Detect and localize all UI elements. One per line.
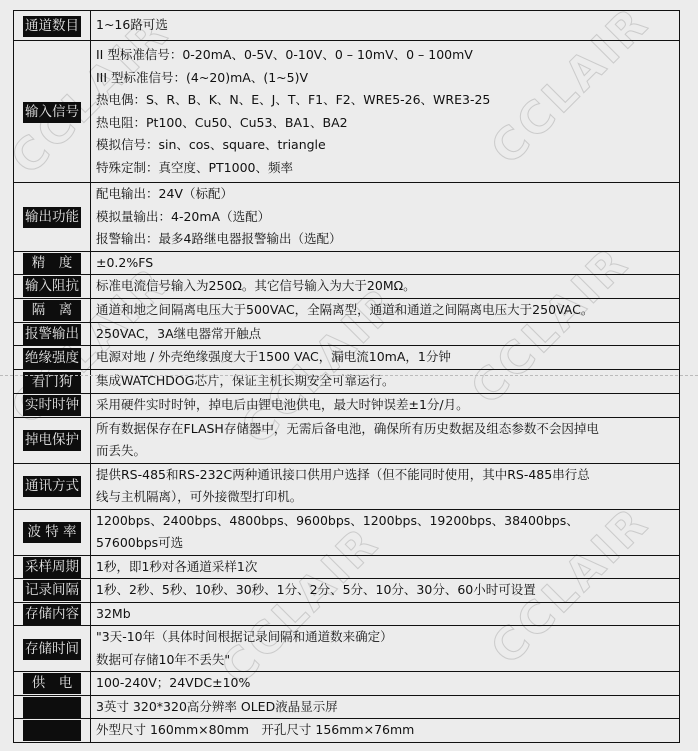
spec-label-cell: 存储时间 — [14, 626, 91, 672]
spec-label-cell: 精 度 — [14, 251, 91, 275]
spec-value-line: 模拟信号：sin、cos、square、triangle — [96, 134, 679, 157]
spec-value-line: 1秒，即1秒对各通道采样1次 — [96, 556, 679, 579]
spec-value-line: 特殊定制：真空度、PT1000、频率 — [96, 157, 679, 180]
spec-value-line: 而丢失。 — [96, 440, 679, 463]
spec-row: 采样周期1秒，即1秒对各通道采样1次 — [14, 555, 680, 579]
spec-value-cell: 配电输出：24V（标配）模拟量输出：4-20mA（选配）报警输出：最多4路继电器… — [91, 183, 680, 252]
spec-value-line: 标准电流信号输入为250Ω。其它信号输入为大于20MΩ。 — [96, 275, 679, 298]
spec-value-line: 配电输出：24V（标配） — [96, 183, 679, 206]
spec-value-cell: 1200bps、2400bps、4800bps、9600bps、1200bps、… — [91, 509, 680, 555]
spec-value-cell: 1~16路可选 — [91, 11, 680, 41]
spec-row: 3英寸 320*320高分辨率 OLED液晶显示屏 — [14, 695, 680, 719]
spec-value-cell: 提供RS-485和RS-232C两种通讯接口供用户选择（但不能同时使用，其中RS… — [91, 463, 680, 509]
spec-value-cell: 100-240V；24VDC±10% — [91, 672, 680, 696]
spec-value-line: 集成WATCHDOG芯片，保证主机长期安全可靠运行。 — [96, 370, 679, 393]
spec-row: 波 特 率1200bps、2400bps、4800bps、9600bps、120… — [14, 509, 680, 555]
spec-value-cell: 250VAC，3A继电器常开触点 — [91, 322, 680, 346]
spec-label-cell: 存储内容 — [14, 602, 91, 626]
spec-value-cell: 标准电流信号输入为250Ω。其它信号输入为大于20MΩ。 — [91, 275, 680, 299]
spec-row: 隔 离通道和地之间隔离电压大于500VAC，全隔离型，通道和通道之间隔离电压大于… — [14, 298, 680, 322]
spec-value-line: 电源对地 / 外壳绝缘强度大于1500 VAC，漏电流10mA，1分钟 — [96, 346, 679, 369]
spec-value-cell: "3天-10年（具体时间根据记录间隔和通道数来确定）数据可存储10年不丢失" — [91, 626, 680, 672]
spec-row: 精 度±0.2%FS — [14, 251, 680, 275]
spec-value-cell: 1秒、2秒、5秒、10秒、30秒、1分、2分、5分、10分、30分、60小时可设… — [91, 579, 680, 603]
spec-table-body: 通道数目1~16路可选输入信号II 型标准信号：0-20mA、0-5V、0-10… — [14, 11, 680, 743]
spec-label — [23, 697, 81, 718]
spec-label: 记录间隔 — [23, 580, 81, 601]
spec-value-line: 32Mb — [96, 603, 679, 626]
spec-value-cell: II 型标准信号：0-20mA、0-5V、0-10V、0 – 10mV、0 – … — [91, 41, 680, 183]
spec-value-line: III 型标准信号：(4~20)mA、(1~5)V — [96, 67, 679, 90]
spec-value-cell: 采用硬件实时时钟，掉电后由锂电池供电，最大时钟误差±1分/月。 — [91, 394, 680, 418]
spec-label: 输出功能 — [23, 207, 81, 228]
spec-label: 精 度 — [23, 253, 81, 274]
spec-value-cell: 32Mb — [91, 602, 680, 626]
spec-label: 隔 离 — [23, 300, 81, 321]
spec-value-line: 外型尺寸 160mm×80mm 开孔尺寸 156mm×76mm — [96, 719, 679, 742]
spec-label-cell: 通讯方式 — [14, 463, 91, 509]
spec-table: 通道数目1~16路可选输入信号II 型标准信号：0-20mA、0-5V、0-10… — [13, 10, 680, 743]
spec-value-line: 1秒、2秒、5秒、10秒、30秒、1分、2分、5分、10分、30分、60小时可设… — [96, 579, 679, 602]
spec-value-cell: 外型尺寸 160mm×80mm 开孔尺寸 156mm×76mm — [91, 719, 680, 743]
spec-label-cell: 输入信号 — [14, 41, 91, 183]
spec-value-line: 通道和地之间隔离电压大于500VAC，全隔离型，通道和通道之间隔离电压大于250… — [96, 299, 679, 322]
spec-label: 输入阻抗 — [23, 276, 81, 297]
spec-label-cell: 通道数目 — [14, 11, 91, 41]
spec-label-cell: 采样周期 — [14, 555, 91, 579]
spec-value-line: 采用硬件实时时钟，掉电后由锂电池供电，最大时钟误差±1分/月。 — [96, 394, 679, 417]
spec-value-cell: 电源对地 / 外壳绝缘强度大于1500 VAC，漏电流10mA，1分钟 — [91, 346, 680, 370]
spec-value-cell: 3英寸 320*320高分辨率 OLED液晶显示屏 — [91, 695, 680, 719]
spec-label-cell: 输入阻抗 — [14, 275, 91, 299]
spec-value-line: 数据可存储10年不丢失" — [96, 649, 679, 672]
spec-value-line: II 型标准信号：0-20mA、0-5V、0-10V、0 – 10mV、0 – … — [96, 44, 679, 67]
spec-value-line: 报警输出：最多4路继电器报警输出（选配） — [96, 228, 679, 251]
spec-label-cell: 报警输出 — [14, 322, 91, 346]
spec-row: 掉电保护所有数据保存在FLASH存储器中，无需后备电池，确保所有历史数据及组态参… — [14, 417, 680, 463]
spec-row: 存储时间"3天-10年（具体时间根据记录间隔和通道数来确定）数据可存储10年不丢… — [14, 626, 680, 672]
spec-value-line: 1200bps、2400bps、4800bps、9600bps、1200bps、… — [96, 510, 679, 533]
spec-label: 存储时间 — [23, 639, 81, 660]
spec-row: 通讯方式提供RS-485和RS-232C两种通讯接口供用户选择（但不能同时使用，… — [14, 463, 680, 509]
spec-row: 看门狗集成WATCHDOG芯片，保证主机长期安全可靠运行。 — [14, 370, 680, 394]
spec-label-cell — [14, 695, 91, 719]
spec-label-cell: 供 电 — [14, 672, 91, 696]
spec-value-line: 热电偶：S、R、B、K、N、E、J、T、F1、F2、WRE5-26、WRE3-2… — [96, 89, 679, 112]
spec-label-cell: 掉电保护 — [14, 417, 91, 463]
spec-value-line: ±0.2%FS — [96, 252, 679, 275]
spec-row: 绝缘强度电源对地 / 外壳绝缘强度大于1500 VAC，漏电流10mA，1分钟 — [14, 346, 680, 370]
spec-label: 存储内容 — [23, 604, 81, 625]
spec-row: 外型尺寸 160mm×80mm 开孔尺寸 156mm×76mm — [14, 719, 680, 743]
spec-row: 输出功能配电输出：24V（标配）模拟量输出：4-20mA（选配）报警输出：最多4… — [14, 183, 680, 252]
spec-label-cell: 绝缘强度 — [14, 346, 91, 370]
spec-label: 绝缘强度 — [23, 348, 81, 369]
spec-label: 输入信号 — [23, 102, 81, 123]
spec-row: 输入信号II 型标准信号：0-20mA、0-5V、0-10V、0 – 10mV、… — [14, 41, 680, 183]
spec-value-line: 所有数据保存在FLASH存储器中，无需后备电池，确保所有历史数据及组态参数不会因… — [96, 418, 679, 441]
spec-value-cell: 所有数据保存在FLASH存储器中，无需后备电池，确保所有历史数据及组态参数不会因… — [91, 417, 680, 463]
spec-label-cell: 实时时钟 — [14, 394, 91, 418]
spec-label: 掉电保护 — [23, 430, 81, 451]
spec-label-cell: 看门狗 — [14, 370, 91, 394]
dashed-divider — [0, 375, 698, 376]
spec-row: 供 电100-240V；24VDC±10% — [14, 672, 680, 696]
spec-label: 通道数目 — [23, 16, 81, 37]
spec-label: 波 特 率 — [23, 522, 81, 543]
spec-value-line: "3天-10年（具体时间根据记录间隔和通道数来确定） — [96, 626, 679, 649]
spec-value-line: 模拟量输出：4-20mA（选配） — [96, 206, 679, 229]
spec-label: 采样周期 — [23, 557, 81, 578]
spec-value-cell: 1秒，即1秒对各通道采样1次 — [91, 555, 680, 579]
spec-value-cell: ±0.2%FS — [91, 251, 680, 275]
spec-label-cell — [14, 719, 91, 743]
spec-label: 供 电 — [23, 673, 81, 694]
spec-value-line: 线与主机隔离），可外接微型打印机。 — [96, 486, 679, 509]
spec-label: 实时时钟 — [23, 395, 81, 416]
spec-row: 通道数目1~16路可选 — [14, 11, 680, 41]
spec-value-line: 提供RS-485和RS-232C两种通讯接口供用户选择（但不能同时使用，其中RS… — [96, 464, 679, 487]
spec-row: 存储内容32Mb — [14, 602, 680, 626]
spec-value-line: 57600bps可选 — [96, 532, 679, 555]
spec-label — [23, 720, 81, 741]
spec-value-line: 热电阻：Pt100、Cu50、Cu53、BA1、BA2 — [96, 112, 679, 135]
spec-value-line: 250VAC，3A继电器常开触点 — [96, 323, 679, 346]
spec-label-cell: 波 特 率 — [14, 509, 91, 555]
spec-value-line: 3英寸 320*320高分辨率 OLED液晶显示屏 — [96, 696, 679, 719]
spec-value-line: 100-240V；24VDC±10% — [96, 672, 679, 695]
spec-row: 实时时钟采用硬件实时时钟，掉电后由锂电池供电，最大时钟误差±1分/月。 — [14, 394, 680, 418]
spec-row: 报警输出250VAC，3A继电器常开触点 — [14, 322, 680, 346]
spec-label-cell: 隔 离 — [14, 298, 91, 322]
spec-value-line: 1~16路可选 — [96, 14, 679, 37]
spec-label: 报警输出 — [23, 324, 81, 345]
spec-label-cell: 记录间隔 — [14, 579, 91, 603]
spec-label-cell: 输出功能 — [14, 183, 91, 252]
spec-row: 输入阻抗标准电流信号输入为250Ω。其它信号输入为大于20MΩ。 — [14, 275, 680, 299]
spec-label: 通讯方式 — [23, 476, 81, 497]
spec-value-cell: 集成WATCHDOG芯片，保证主机长期安全可靠运行。 — [91, 370, 680, 394]
spec-row: 记录间隔1秒、2秒、5秒、10秒、30秒、1分、2分、5分、10分、30分、60… — [14, 579, 680, 603]
spec-value-cell: 通道和地之间隔离电压大于500VAC，全隔离型，通道和通道之间隔离电压大于250… — [91, 298, 680, 322]
